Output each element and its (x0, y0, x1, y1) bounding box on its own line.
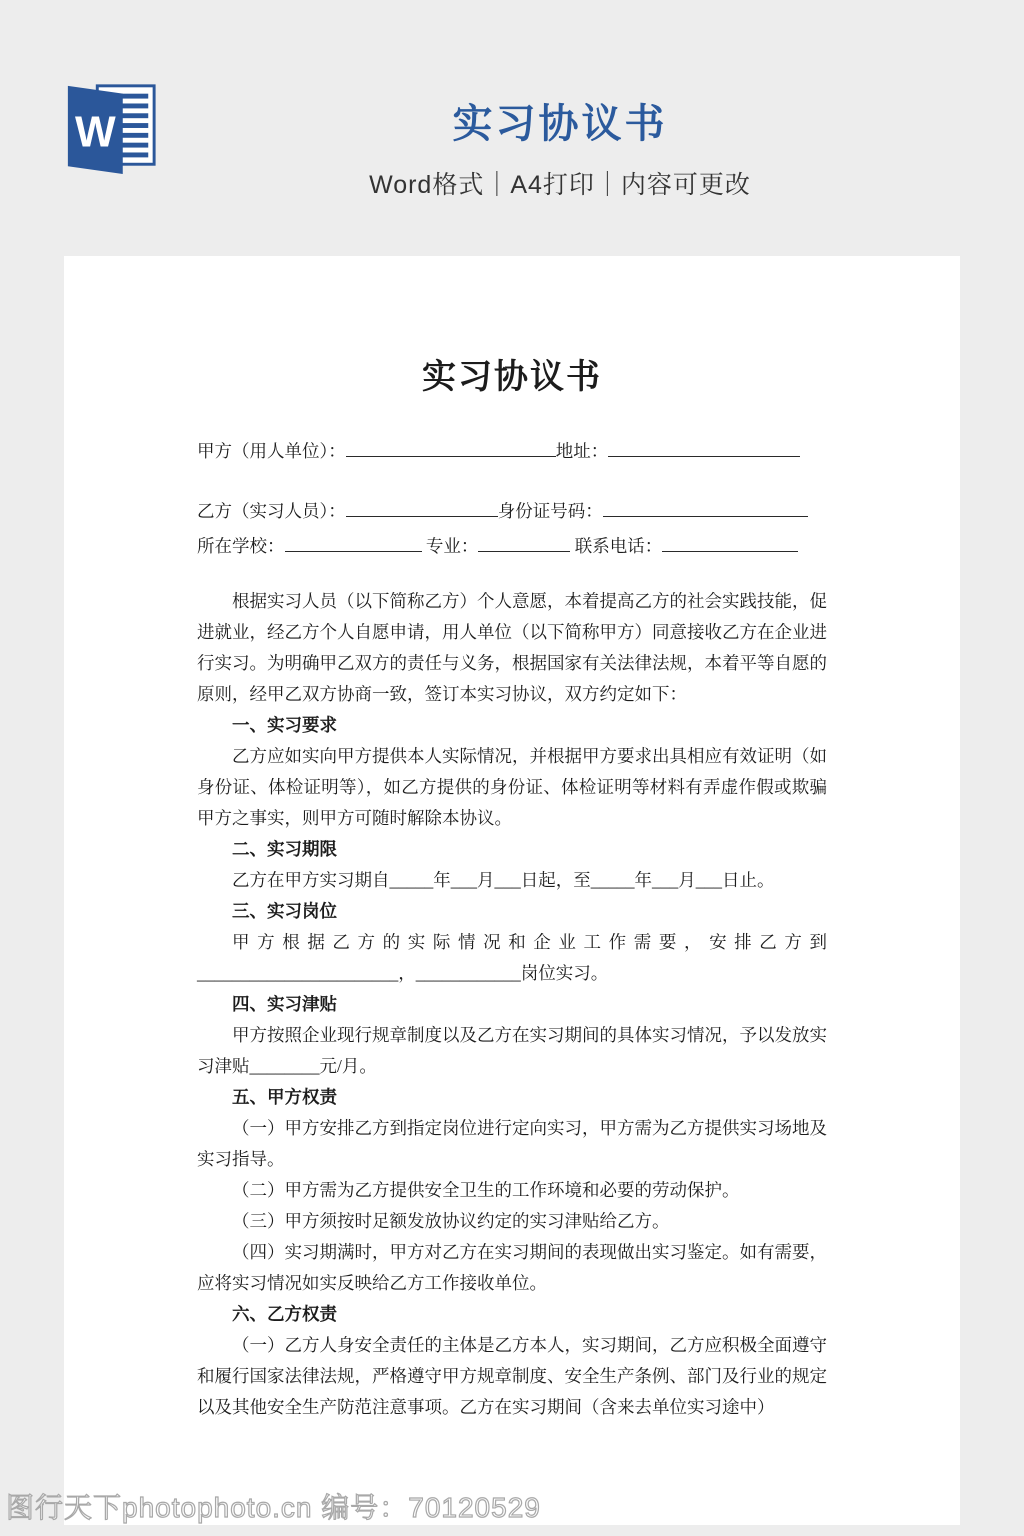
blank-underline (478, 535, 570, 552)
paragraph: 根据实习人员（以下简称乙方）个人意愿，本着提高乙方的社会实践技能，促进就业，经乙… (197, 586, 827, 710)
blank-underline (608, 440, 800, 457)
header: 实习协议书 Word格式｜A4打印｜内容可更改 (48, 92, 1024, 201)
field-label: 身份证号码： (498, 501, 603, 521)
paragraph: 甲方根据乙方的实际情况和企业工作需要，安排乙方到 _______________… (197, 927, 827, 989)
paragraph: （一）乙方人身安全责任的主体是乙方本人，实习期间，乙方应积极全面遵守和履行国家法… (197, 1330, 827, 1423)
watermark: 图行天下photophoto.cn 编号：70120529 (6, 1486, 541, 1526)
document-page: 实习协议书 甲方（用人单位）：地址：乙方（实习人员）：身份证号码：所在学校： 专… (64, 256, 960, 1525)
template-preview-page: W 实习协议书 Word格式｜A4打印｜内容可更改 实习协议书 甲方（用人单位）… (0, 0, 1024, 1536)
section-heading: 二、实习期限 (197, 834, 827, 865)
doc-body: 根据实习人员（以下简称乙方）个人意愿，本着提高乙方的社会实践技能，促进就业，经乙… (197, 586, 827, 1423)
paragraph: （四）实习期满时，甲方对乙方在实习期间的表现做出实习鉴定。如有需要，应将实习情况… (197, 1237, 827, 1299)
blank-underline (346, 440, 556, 457)
field-label: 专业： (422, 536, 479, 556)
paragraph: （一）甲方安排乙方到指定岗位进行定向实习，甲方需为乙方提供实习场地及实习指导。 (197, 1113, 827, 1175)
section-heading: 四、实习津贴 (197, 989, 827, 1020)
blank-underline (285, 535, 422, 552)
field-label: 甲方（用人单位）： (197, 441, 346, 461)
blank-underline (662, 535, 798, 552)
fill-line: 甲方（用人单位）：地址： (197, 434, 827, 469)
blank-underline (603, 500, 808, 517)
field-label: 地址： (556, 441, 609, 461)
header-title: 实习协议书 (48, 92, 1024, 149)
fill-line: 所在学校： 专业： 联系电话： (197, 529, 827, 564)
paragraph: 乙方在甲方实习期自_____年___月___日起，至_____年___月___日… (197, 865, 827, 896)
header-subtitle: Word格式｜A4打印｜内容可更改 (48, 165, 1024, 201)
field-label: 联系电话： (570, 536, 662, 556)
fill-line: 乙方（实习人员）：身份证号码： (197, 494, 827, 529)
paragraph: （二）甲方需为乙方提供安全卫生的工作环境和必要的劳动保护。 (197, 1175, 827, 1206)
paragraph: （三）甲方须按时足额发放协议约定的实习津贴给乙方。 (197, 1206, 827, 1237)
fill-lines-block: 甲方（用人单位）：地址：乙方（实习人员）：身份证号码：所在学校： 专业： 联系电… (197, 434, 827, 564)
blank-underline (346, 500, 498, 517)
paragraph: 甲方按照企业现行规章制度以及乙方在实习期间的具体实习情况，予以发放实习津贴___… (197, 1020, 827, 1082)
field-label: 所在学校： (197, 536, 285, 556)
section-heading: 三、实习岗位 (197, 896, 827, 927)
paragraph: 乙方应如实向甲方提供本人实际情况，并根据甲方要求出具相应有效证明（如身份证、体检… (197, 741, 827, 834)
section-heading: 一、实习要求 (197, 710, 827, 741)
doc-title: 实习协议书 (197, 356, 827, 400)
section-heading: 六、乙方权责 (197, 1299, 827, 1330)
section-heading: 五、甲方权责 (197, 1082, 827, 1113)
field-label: 乙方（实习人员）： (197, 501, 346, 521)
